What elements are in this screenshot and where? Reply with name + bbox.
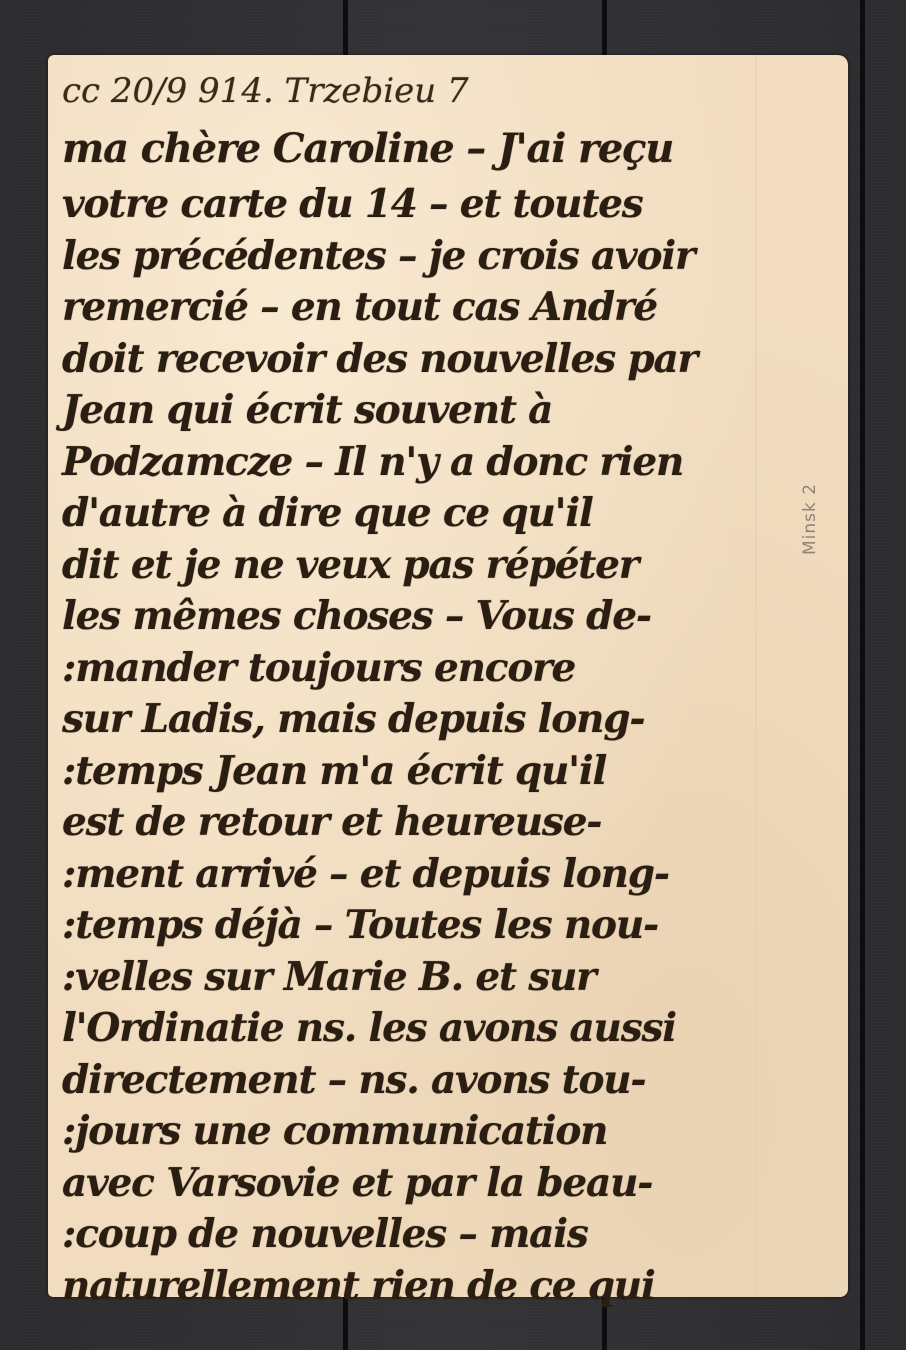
pencil-annotation: Minsk 2	[800, 483, 820, 555]
text-line: naturellement rien de ce qui	[62, 1261, 838, 1313]
text-line: :coup de nouvelles – mais	[62, 1209, 838, 1261]
text-line: les précédentes – je crois avoir	[62, 231, 838, 283]
text-line: Jean qui écrit souvent à	[62, 385, 838, 437]
text-line: sur Ladis, mais depuis long-	[62, 694, 838, 746]
text-line: d'autre à dire que ce qu'il	[62, 488, 838, 540]
handwritten-text: cc 20/9 914. Trzebieu 7 ma chère Carolin…	[62, 63, 838, 1312]
text-line: :velles sur Marie B. et sur	[62, 952, 838, 1004]
text-line: l'Ordinatie ns. les avons aussi	[62, 1003, 838, 1055]
text-line: remercié – en tout cas André	[62, 282, 838, 334]
text-line: doit recevoir des nouvelles par	[62, 334, 838, 386]
text-line: :jours une communication	[62, 1106, 838, 1158]
text-line: :mander toujours encore	[62, 643, 838, 695]
text-line: :temps déjà – Toutes les nou-	[62, 900, 838, 952]
text-line: directement – ns. avons tou-	[62, 1055, 838, 1107]
text-line: Podzamcze – Il n'y a donc rien	[62, 437, 838, 489]
text-line: votre carte du 14 – et toutes	[62, 179, 838, 231]
text-line: est de retour et heureuse-	[62, 797, 838, 849]
text-line: dit et je ne veux pas répéter	[62, 540, 838, 592]
date-place-line: cc 20/9 914. Trzebieu 7	[62, 63, 838, 119]
background-stripe	[860, 0, 865, 1350]
text-line: avec Varsovie et par la beau-	[62, 1158, 838, 1210]
text-line: :ment arrivé – et depuis long-	[62, 849, 838, 901]
postcard: cc 20/9 914. Trzebieu 7 ma chère Carolin…	[48, 55, 848, 1297]
text-line: les mêmes choses – Vous de-	[62, 591, 838, 643]
text-line: :temps Jean m'a écrit qu'il	[62, 746, 838, 798]
salutation-line: ma chère Caroline – J'ai reçu	[62, 119, 838, 179]
